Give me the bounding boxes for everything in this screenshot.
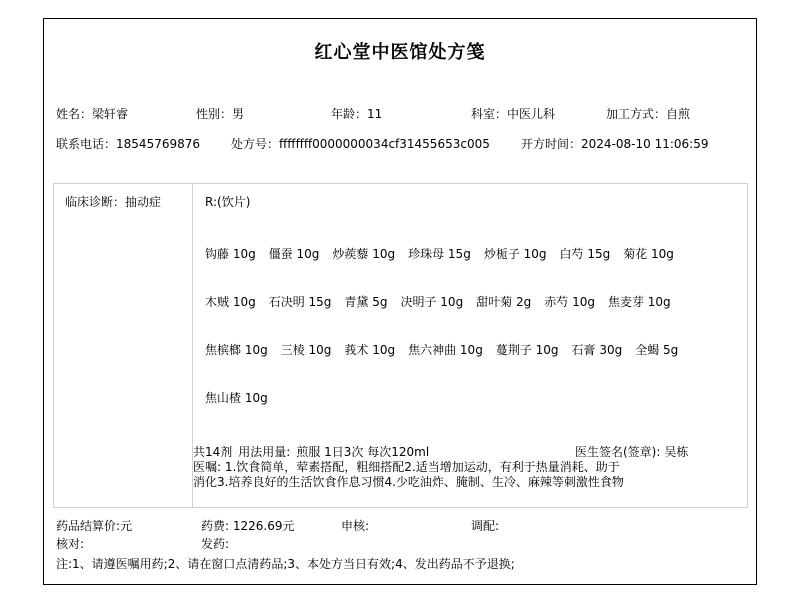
herb-item: 蔓荆子 10g [496, 343, 559, 357]
herb-item: 钩藤 10g [205, 247, 256, 261]
herb-item: 石膏 30g [572, 343, 623, 357]
doctor-signature-value: 吴栋 [664, 445, 688, 459]
colon: ： [80, 107, 92, 121]
colon: ： [267, 137, 279, 151]
field-settlement-price-value: 元 [120, 519, 132, 533]
field-settlement-price-label: 药品结算价 [56, 519, 116, 533]
herb-item: 木贼 10g [205, 295, 256, 309]
field-dispense: 发药: [201, 537, 229, 552]
herb-item: 赤芍 10g [544, 295, 595, 309]
medical-advice: 医嘱: 1.饮食简单，荤素搭配，粗细搭配2.适当增加运动，有利于热量消耗、助于消… [193, 460, 631, 490]
herb-item: 三棱 10g [281, 343, 332, 357]
colon: : [225, 537, 229, 551]
colon: ： [220, 107, 232, 121]
field-dispense-prep-label: 调配 [471, 519, 495, 533]
page-title: 红心堂中医馆处方笺 [44, 38, 756, 64]
herb-item: 焦六神曲 10g [408, 343, 483, 357]
herb-item: 青黛 5g [344, 295, 387, 309]
herb-item: 焦槟榔 10g [205, 343, 268, 357]
usage-label: 用法用量: [238, 445, 290, 459]
field-prescription-time-label: 开方时间 [521, 137, 569, 151]
field-name: 姓名：梁轩睿 [56, 107, 128, 122]
clinical-diagnosis-value: 抽动症 [125, 195, 161, 209]
herb-item: 焦山楂 10g [205, 391, 268, 405]
herb-item: 甜叶菊 2g [476, 295, 531, 309]
herb-item: 石决明 15g [269, 295, 332, 309]
colon: ： [569, 137, 581, 151]
herb-item: 莪术 10g [344, 343, 395, 357]
field-age: 年龄：11 [331, 107, 382, 122]
field-department: 科室：中医儿科 [471, 107, 555, 122]
field-department-label: 科室 [471, 107, 495, 121]
herb-line: 木贼 10g石决明 15g青黛 5g决明子 10g甜叶菊 2g赤芍 10g焦麦芽… [205, 295, 684, 310]
field-processing-method: 加工方式：自煎 [606, 107, 690, 122]
field-age-label: 年龄 [331, 107, 355, 121]
herb-item: 焦麦芽 10g [608, 295, 671, 309]
clinical-diagnosis-label: 临床诊断 [65, 195, 113, 209]
herb-item: 炒栀子 10g [484, 247, 547, 261]
colon: : [80, 537, 84, 551]
field-medicine-fee-value: 1226.69元 [233, 519, 295, 533]
herb-item: 全蝎 5g [635, 343, 678, 357]
doctor-signature: 医生签名(签章):吴栋 [575, 445, 688, 460]
field-gender: 性别：男 [196, 107, 244, 122]
colon: ： [654, 107, 666, 121]
herb-item: 白芍 15g [560, 247, 611, 261]
rx-header: R:(饮片) [205, 195, 250, 210]
herb-item: 菊花 10g [623, 247, 674, 261]
field-gender-value: 男 [232, 107, 244, 121]
field-name-label: 姓名 [56, 107, 80, 121]
herb-item: 僵蚕 10g [269, 247, 320, 261]
clinical-diagnosis: 临床诊断：抽动症 [65, 195, 161, 210]
colon: ： [355, 107, 367, 121]
colon: ： [495, 107, 507, 121]
doctor-signature-label: 医生签名(签章): [575, 445, 660, 459]
field-name-value: 梁轩睿 [92, 107, 128, 121]
dosage-total: 共14剂 [193, 445, 232, 459]
herb-line: 焦山楂 10g [205, 391, 281, 406]
field-prescription-time: 开方时间：2024-08-10 11:06:59 [521, 137, 708, 152]
field-review-label: 申核 [341, 519, 365, 533]
herb-item: 决明子 10g [400, 295, 463, 309]
field-check: 核对: [56, 537, 84, 552]
field-phone-label: 联系电话 [56, 137, 104, 151]
field-gender-label: 性别 [196, 107, 220, 121]
field-processing-method-label: 加工方式 [606, 107, 654, 121]
dosage-summary: 共14剂用法用量:煎服 1日3次 每次120ml [193, 445, 429, 460]
colon: : [225, 519, 233, 533]
field-phone: 联系电话：18545769876 [56, 137, 200, 152]
field-medicine-fee-label: 药费 [201, 519, 225, 533]
field-review: 申核: [341, 519, 369, 534]
herb-line: 焦槟榔 10g三棱 10g莪术 10g焦六神曲 10g蔓荆子 10g石膏 30g… [205, 343, 691, 358]
colon: : [495, 519, 499, 533]
usage-value: 煎服 1日3次 每次120ml [296, 445, 429, 459]
footer-note: 注:1、请遵医嘱用药;2、请在窗口点清药品;3、本处方当日有效;4、发出药品不予… [56, 557, 515, 572]
field-prescription-time-value: 2024-08-10 11:06:59 [581, 137, 708, 151]
herb-item: 珍珠母 15g [408, 247, 471, 261]
field-dispense-prep: 调配: [471, 519, 499, 534]
field-department-value: 中医儿科 [507, 107, 555, 121]
colon: : [365, 519, 369, 533]
field-phone-value: 18545769876 [116, 137, 200, 151]
field-check-label: 核对 [56, 537, 80, 551]
field-age-value: 11 [367, 107, 382, 121]
field-settlement-price: 药品结算价:元 [56, 519, 132, 534]
herb-item: 炒蒺藜 10g [332, 247, 395, 261]
field-medicine-fee: 药费: 1226.69元 [201, 519, 295, 534]
field-prescription-number-value: ffffffff0000000034cf31455653c005 [279, 137, 490, 151]
field-processing-method-value: 自煎 [666, 107, 690, 121]
prescription-page: 红心堂中医馆处方笺 姓名：梁轩睿 性别：男 年龄：11 科室：中医儿科 加工方式… [43, 18, 757, 585]
field-prescription-number-label: 处方号 [231, 137, 267, 151]
colon: ： [104, 137, 116, 151]
prescription-box: 临床诊断：抽动症 R:(饮片) 钩藤 10g僵蚕 10g炒蒺藜 10g珍珠母 1… [53, 183, 748, 508]
field-dispense-label: 发药 [201, 537, 225, 551]
colon: ： [113, 195, 125, 209]
herb-line: 钩藤 10g僵蚕 10g炒蒺藜 10g珍珠母 15g炒栀子 10g白芍 15g菊… [205, 247, 687, 262]
field-prescription-number: 处方号：ffffffff0000000034cf31455653c005 [231, 137, 490, 152]
